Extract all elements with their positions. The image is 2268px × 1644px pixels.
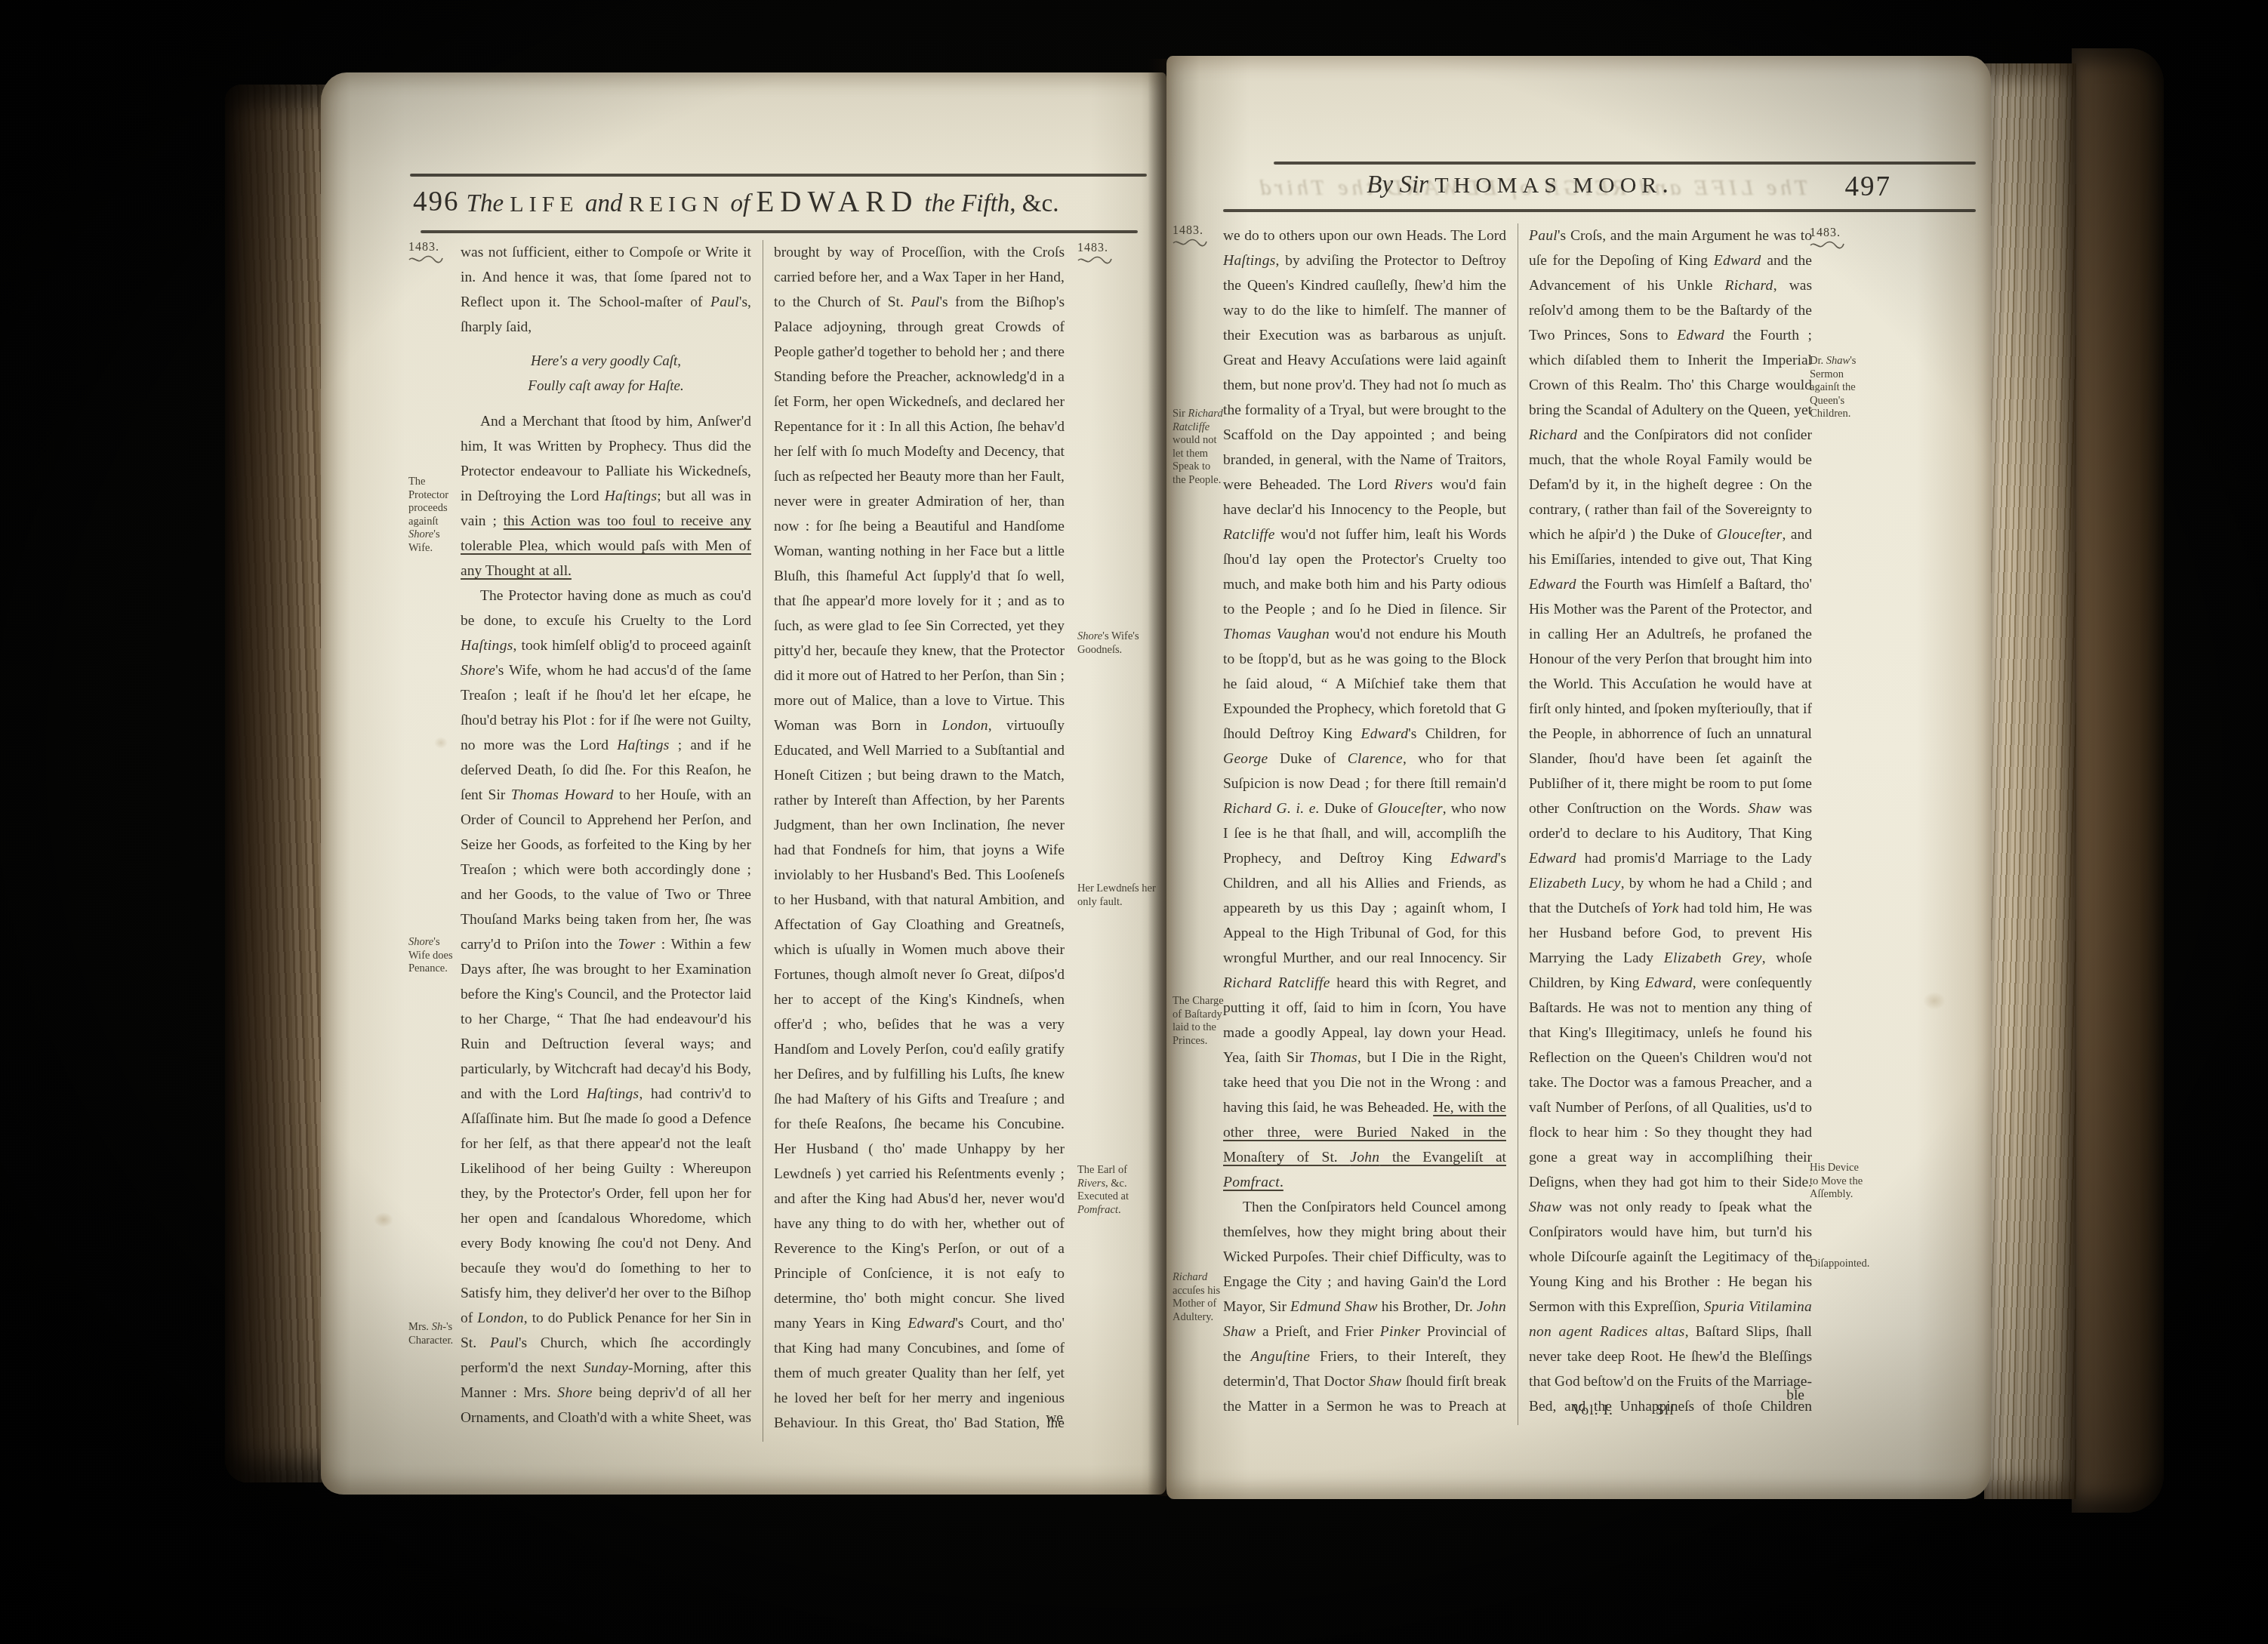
running-title-left: The LIFE and REIGN of EDWARD the Fifth, …	[461, 185, 1065, 219]
margin-note: Mrs. Sh-'s Character.	[408, 1321, 461, 1347]
margin-note: Her Lewdneſs her only fault.	[1077, 882, 1156, 909]
margin-year-note: 1483.	[1077, 242, 1156, 265]
body-paragraph: was not ſufficient, either to Compoſe or…	[461, 240, 751, 340]
right-cover-edge	[2072, 48, 2164, 1513]
right-page-block-fore-edge	[1984, 63, 2076, 1499]
margin-note: Shore's Wife's Goodneſs.	[1077, 630, 1156, 657]
running-title-right: By Sir THOMAS MOOR.	[1223, 171, 1812, 199]
margin-note: The Charge of Baſtardy laid to the Princ…	[1173, 995, 1224, 1048]
year-swash-icon	[1077, 256, 1112, 265]
page-left: 496 The LIFE and REIGN of EDWARD the Fif…	[321, 72, 1166, 1495]
margin-year-note: 1483.	[1810, 226, 1864, 250]
page-right: The LIFE and REIGN of EDWARD the Third B…	[1166, 56, 1991, 1499]
catchword: we	[1046, 1410, 1063, 1427]
header-rule-top-right	[1274, 162, 1976, 165]
text-columns-left-page: was not ſufficient, either to Compoſe or…	[461, 240, 1065, 1442]
volume-label: Vol. I.	[1572, 1402, 1613, 1419]
header-rule-bottom-left	[421, 230, 1138, 233]
year-swash-icon	[1810, 241, 1844, 250]
margin-note: The Protector proceeds againſt Shore's W…	[408, 476, 461, 555]
header-rule-top-left	[410, 174, 1147, 177]
body-paragraph: And a Merchant that ſtood by him, Anſwer…	[461, 409, 751, 583]
verse-couplet: Here's a very goodly Caſt,Foully caſt aw…	[461, 349, 751, 399]
page-number-left: 496	[413, 186, 460, 218]
margin-note: His Device to Move the Aſſembly.	[1810, 1162, 1864, 1202]
margin-year-note: 1483.	[1173, 224, 1224, 248]
year-swash-icon	[1173, 239, 1207, 248]
margin-note: Shore's Wife does Penance.	[408, 936, 461, 976]
margin-note: Richard accuſes his Mother of Adultery.	[1173, 1271, 1224, 1324]
margin-note: Diſappointed.	[1810, 1258, 1864, 1271]
body-paragraph: we do to others upon our own Heads. The …	[1223, 223, 1506, 1195]
book-photograph: 496 The LIFE and REIGN of EDWARD the Fif…	[0, 0, 2268, 1644]
stain	[1923, 992, 1946, 1010]
margin-note: Sir Richard Ratcliffe would not let them…	[1173, 408, 1224, 487]
stain	[434, 737, 448, 749]
stain	[374, 1212, 393, 1227]
header-rule-bottom-right	[1223, 209, 1976, 212]
catchword: ble	[1786, 1387, 1804, 1404]
signature-mark: Sſſ	[1656, 1402, 1675, 1419]
margin-year-note: 1483.	[408, 241, 461, 264]
page-number-right: 497	[1845, 171, 1892, 203]
margin-note: The Earl of Rivers, &c. Executed at Pomf…	[1077, 1164, 1156, 1217]
margin-note: Dr. Shaw's Sermon againſt the Queen's Ch…	[1810, 355, 1864, 421]
text-columns-right-page: we do to others upon our own Heads. The …	[1223, 223, 1812, 1425]
year-swash-icon	[408, 255, 443, 264]
